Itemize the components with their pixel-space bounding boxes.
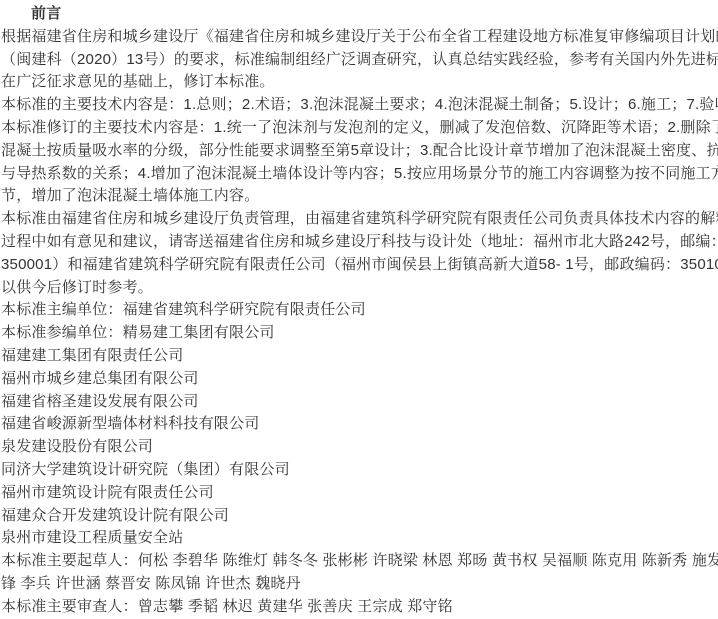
document-title: 前言 bbox=[1, 3, 718, 26]
text-line: 福建建工集团有限责任公司 bbox=[1, 345, 718, 368]
text-line: 混凝土按质量吸水率的分级，部分性能要求调整至第5章设计；3.配合比设计章节增加了… bbox=[1, 140, 718, 163]
text-line: 泉州市建设工程质量安全站 bbox=[1, 527, 718, 550]
text-line: 根据福建省住房和城乡建设厅《福建省住房和城乡建设厅关于公布全省工程建设地方标准复… bbox=[1, 26, 718, 49]
text-line: 本标准参编单位：精易建工集团有限公司 bbox=[1, 322, 718, 345]
text-line: 福州市城乡建总集团有限公司 bbox=[1, 368, 718, 391]
document-page: 前言根据福建省住房和城乡建设厅《福建省住房和城乡建设厅关于公布全省工程建设地方标… bbox=[0, 0, 718, 619]
text-line: 与导热系数的关系；4.增加了泡沫混凝土墙体设计等内容；5.按应用场景分节的施工内… bbox=[1, 163, 718, 186]
text-line: 福州市建筑设计院有限责任公司 bbox=[1, 482, 718, 505]
text-line: 在广泛征求意见的基础上，修订本标准。 bbox=[1, 71, 718, 94]
text-line: 过程中如有意见和建议，请寄送福建省住房和城乡建设厅科技与设计处（地址：福州市北大… bbox=[1, 231, 718, 254]
text-line: 福建省榕圣建设发展有限公司 bbox=[1, 391, 718, 414]
text-line: 福建众合开发建筑设计院有限公司 bbox=[1, 505, 718, 528]
text-line: 节，增加了泡沫混凝土墙体施工内容。 bbox=[1, 185, 718, 208]
text-line: 本标准修订的主要技术内容是：1.统一了泡沫剂与发泡剂的定义，删减了发泡倍数、沉降… bbox=[1, 117, 718, 140]
text-line: 同济大学建筑设计研究院（集团）有限公司 bbox=[1, 459, 718, 482]
document-body: 前言根据福建省住房和城乡建设厅《福建省住房和城乡建设厅关于公布全省工程建设地方标… bbox=[1, 3, 718, 619]
text-line: （闽建科（2020）13号）的要求，标准编制组经广泛调查研究，认真总结实践经验，… bbox=[1, 49, 718, 72]
text-line: 本标准的主要技术内容是：1.总则；2.术语；3.泡沫混凝土要求；4.泡沫混凝土制… bbox=[1, 94, 718, 117]
text-line: 本标准主要审查人：曾志攀 季韬 林迟 黄建华 张善庆 王宗成 郑守铭 bbox=[1, 596, 718, 619]
text-line: 锋 李兵 许世涵 蔡晋安 陈凤锦 许世杰 魏晓丹 bbox=[1, 573, 718, 596]
text-line: 350001）和福建省建筑科学研究院有限责任公司（福州市闽侯县上街镇高新大道58… bbox=[1, 254, 718, 277]
text-line: 福建省峻源新型墙体材料科技有限公司 bbox=[1, 413, 718, 436]
text-line: 本标准由福建省住房和城乡建设厅负责管理，由福建省建筑科学研究院有限责任公司负责具… bbox=[1, 208, 718, 231]
text-line: 本标准主编单位：福建省建筑科学研究院有限责任公司 bbox=[1, 299, 718, 322]
text-line: 泉发建设股份有限公司 bbox=[1, 436, 718, 459]
text-line: 以供今后修订时参考。 bbox=[1, 277, 718, 300]
text-line: 本标准主要起草人：何松 李碧华 陈维灯 韩冬冬 张彬彬 许晓梁 林恩 郑旸 黄书… bbox=[1, 550, 718, 573]
